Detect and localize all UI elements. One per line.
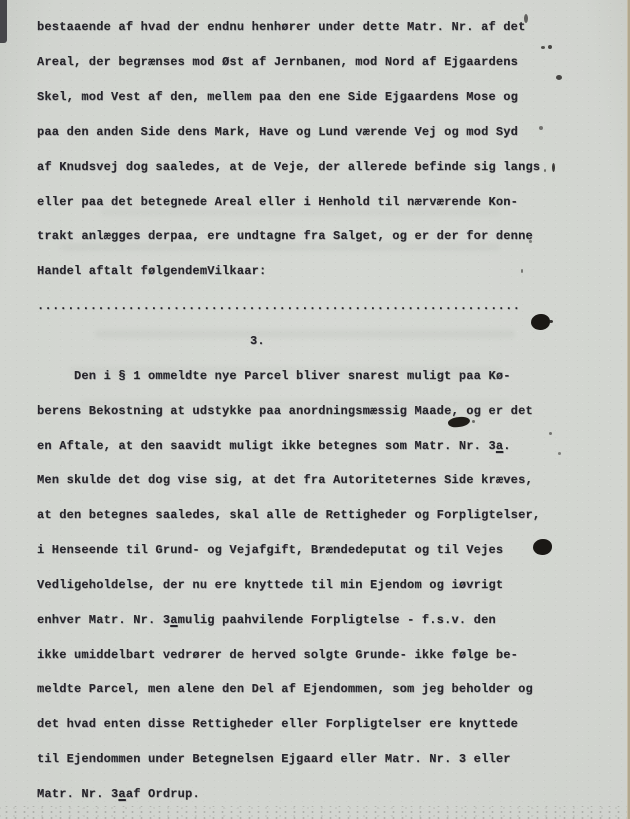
text-segment: det hvad enten disse Rettigheder eller F… xyxy=(37,717,518,731)
underlined-text: a xyxy=(118,787,125,801)
scan-noise-band xyxy=(0,806,630,819)
text-segment: paa den anden Side dens Mark, Have og Lu… xyxy=(37,125,518,139)
ink-blot xyxy=(533,539,552,555)
text-segment: Den i § 1 ommeldte nye Parcel bliver sna… xyxy=(74,369,511,383)
ink-speck xyxy=(552,163,555,172)
ink-speck xyxy=(556,75,562,80)
ink-blot xyxy=(531,314,550,330)
ink-speck xyxy=(548,45,552,49)
typewritten-text-block: bestaaende af hvad der endnu henhører un… xyxy=(37,10,597,811)
ink-speck xyxy=(541,46,545,49)
text-segment: Handel aftalt følgendemVilkaar: xyxy=(37,264,266,278)
text-segment: berens Bekostning at udstykke paa anordn… xyxy=(37,404,533,418)
section-number: 3. xyxy=(37,324,597,359)
ink-speck xyxy=(558,452,561,455)
text-line: Men skulde det dog vise sig, at det fra … xyxy=(37,463,597,498)
ink-speck xyxy=(549,432,552,435)
text-line: det hvad enten disse Rettigheder eller F… xyxy=(37,707,597,742)
text-line: bestaaende af hvad der endnu henhører un… xyxy=(37,10,597,45)
text-line: Handel aftalt følgendemVilkaar: xyxy=(37,254,597,289)
underlined-text: a xyxy=(170,613,177,627)
text-segment: Matr. Nr. 3 xyxy=(37,787,118,801)
text-segment: i Henseende til Grund- og Vejafgift, Bræ… xyxy=(37,543,503,557)
text-line: til Ejendommen under Betegnelsen Ejgaard… xyxy=(37,742,597,777)
scan-corner-mark xyxy=(0,0,7,43)
text-segment: af Knudsvej dog saaledes, at de Veje, de… xyxy=(37,160,540,174)
text-segment: ikke umiddelbart vedrører de herved solg… xyxy=(37,648,518,662)
scanned-document-page: bestaaende af hvad der endnu henhører un… xyxy=(0,0,630,819)
text-segment: Areal, der begrænses mod Øst af Jernbane… xyxy=(37,55,518,69)
text-segment: trakt anlægges derpaa, ere undtagne fra … xyxy=(37,229,533,243)
text-line: en Aftale, at den saavidt muligt ikke be… xyxy=(37,428,597,463)
text-segment: 3. xyxy=(250,334,265,348)
text-segment: at den betegnes saaledes, skal alle de R… xyxy=(37,508,540,522)
text-line: enhver Matr. Nr. 3a mulig paahvilende Fo… xyxy=(37,602,597,637)
underlined-text: a xyxy=(496,439,503,453)
ink-speck xyxy=(539,126,543,130)
text-line: at den betegnes saaledes, skal alle de R… xyxy=(37,498,597,533)
text-line: berens Bekostning at udstykke paa anordn… xyxy=(37,393,597,428)
text-segment: Men skulde det dog vise sig, at det fra … xyxy=(37,473,533,487)
text-line: trakt anlægges derpaa, ere undtagne fra … xyxy=(37,219,597,254)
text-segment: ........................................… xyxy=(37,299,520,313)
text-line: Den i § 1 ommeldte nye Parcel bliver sna… xyxy=(37,358,597,393)
text-segment: enhver Matr. Nr. 3 xyxy=(37,613,170,627)
text-line: meldte Parcel, men alene den Del af Ejen… xyxy=(37,672,597,707)
text-segment: af Ordrup. xyxy=(126,787,200,801)
text-line: paa den anden Side dens Mark, Have og Lu… xyxy=(37,115,597,150)
text-segment: . xyxy=(503,439,510,453)
ink-speck xyxy=(529,240,532,243)
text-line: Skel, mod Vest af den, mellem paa den en… xyxy=(37,80,597,115)
paper-edge-strip xyxy=(626,0,630,819)
ink-speck xyxy=(472,420,475,423)
text-segment: til Ejendommen under Betegnelsen Ejgaard… xyxy=(37,752,511,766)
text-segment: bestaaende af hvad der endnu henhører un… xyxy=(37,20,525,34)
ink-speck xyxy=(549,320,553,323)
text-line: ikke umiddelbart vedrører de herved solg… xyxy=(37,637,597,672)
text-line: af Knudsvej dog saaledes, at de Veje, de… xyxy=(37,149,597,184)
dotted-separator-line: ........................................… xyxy=(37,289,597,324)
text-line: Vedligeholdelse, der nu ere knyttede til… xyxy=(37,568,597,603)
ink-speck xyxy=(521,269,523,273)
text-segment: Skel, mod Vest af den, mellem paa den en… xyxy=(37,90,518,104)
text-line: i Henseende til Grund- og Vejafgift, Bræ… xyxy=(37,533,597,568)
text-segment: mulig paahvilende Forpligtelse - f.s.v. … xyxy=(178,613,496,627)
text-segment: eller paa det betegnede Areal eller i He… xyxy=(37,195,518,209)
text-segment: meldte Parcel, men alene den Del af Ejen… xyxy=(37,682,533,696)
text-line: eller paa det betegnede Areal eller i He… xyxy=(37,184,597,219)
text-line: Areal, der begrænses mod Øst af Jernbane… xyxy=(37,45,597,80)
text-segment: Vedligeholdelse, der nu ere knyttede til… xyxy=(37,578,503,592)
text-segment: en Aftale, at den saavidt muligt ikke be… xyxy=(37,439,496,453)
ink-speck xyxy=(544,169,546,172)
ink-speck xyxy=(524,14,528,23)
